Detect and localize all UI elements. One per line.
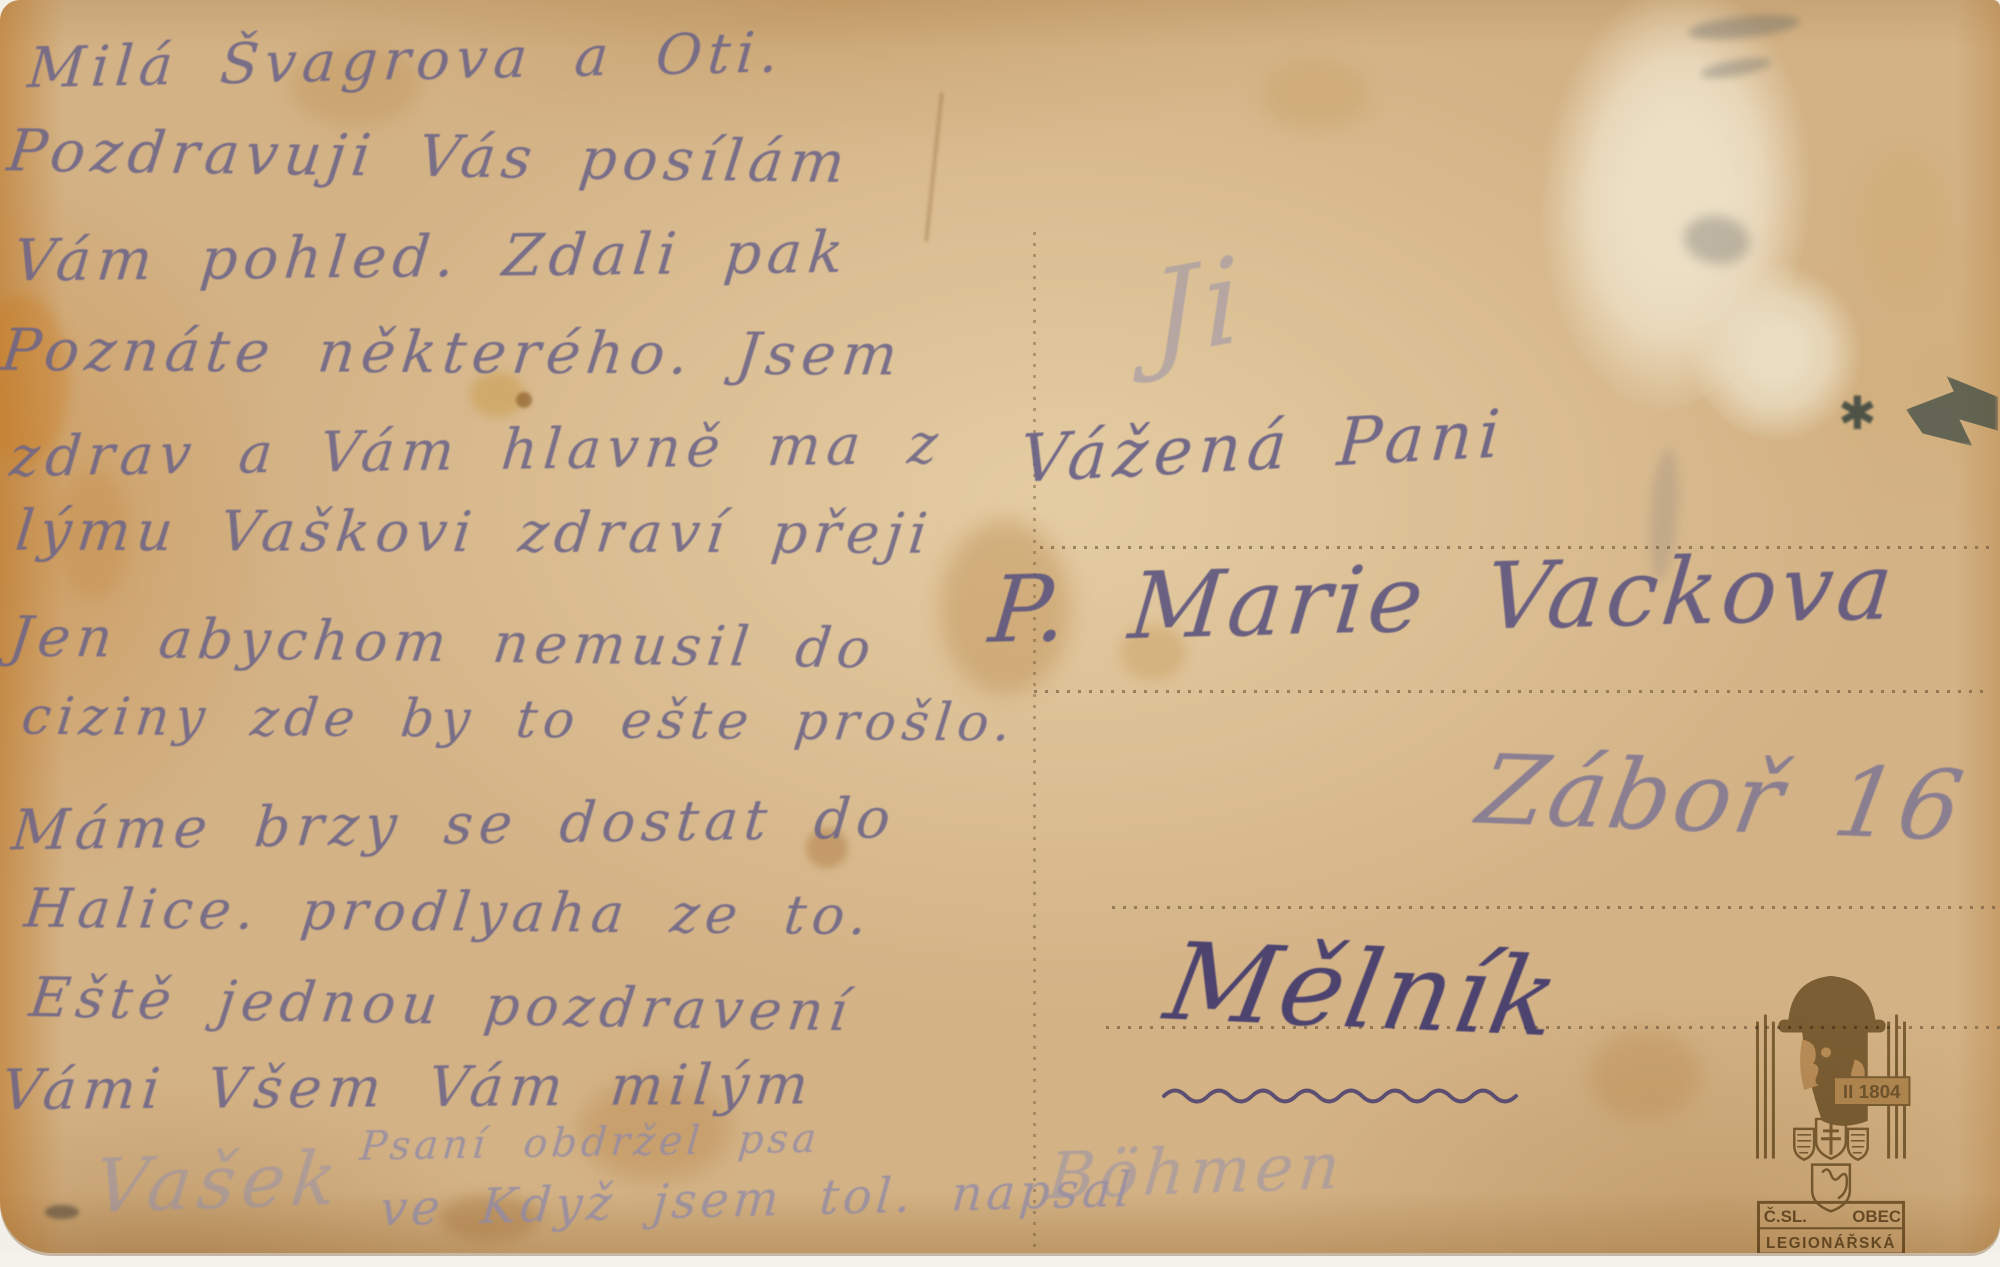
message-line-8: ciziny zde by to ešte prošlo. xyxy=(19,687,1020,754)
stamp-number: II 1804 xyxy=(1843,1081,1901,1102)
message-line-3: Vám pohled. Zdali pak xyxy=(11,218,853,295)
message-line-2: Pozdravuji Vás posílám xyxy=(4,116,855,196)
message-line-6: lýmu Vaškovi zdraví přeji xyxy=(12,498,936,566)
address-line-3 xyxy=(1112,906,2000,909)
address-line-2 xyxy=(1034,690,1990,693)
paper-stain xyxy=(1260,60,1370,130)
paper-stain xyxy=(516,392,532,408)
message-line-12: Vámi Všem Vám milým xyxy=(0,1052,817,1123)
shield-lion xyxy=(1822,1170,1847,1199)
postcard-scan: ✱ Milá Švagrova a Oti. Pozdravuji Vás po… xyxy=(0,0,2000,1267)
message-line-10: Halice. prodlyaha ze to. xyxy=(21,876,876,946)
address-country: Böhmen xyxy=(1045,1130,1348,1215)
scanner-background xyxy=(0,1253,2000,1267)
address-salutation: Vážená Pani xyxy=(1018,395,1509,498)
message-line-11: Eště jednou pozdravení xyxy=(26,965,857,1043)
ink-smear-mark xyxy=(1906,376,1998,446)
legion-stamp: II 1804 Č.SL. xyxy=(1750,960,1912,1253)
address-street: Záboř 16 xyxy=(1470,734,1973,862)
stamp-org-line1: Č.SL. xyxy=(1764,1207,1807,1226)
pencil-smudge xyxy=(1681,212,1753,269)
message-line-1: Milá Švagrova a Oti. xyxy=(25,20,787,101)
stamp-org-line2: OBEC xyxy=(1852,1207,1901,1226)
peeled-paper-patch xyxy=(1679,253,1872,450)
stamp-org-line3: LEGIONÁŘSKÁ xyxy=(1766,1234,1896,1252)
message-postscript-1: Psaní obdržel psa xyxy=(358,1116,822,1170)
message-line-7: Jen abychom nemusil do xyxy=(6,604,880,680)
message-line-9: Máme brzy se dostat do xyxy=(9,786,899,863)
address-scribble: Ji xyxy=(1148,229,1248,385)
postcard-divider-line xyxy=(1033,232,1036,1253)
paper-stain xyxy=(1590,1030,1700,1120)
message-postscript-2: ve Když jsem tol. napsal xyxy=(378,1162,1137,1238)
peeled-paper-patch xyxy=(1529,0,1823,421)
pencil-smudge xyxy=(1687,10,1801,44)
shield-cross xyxy=(1821,1123,1841,1155)
pencil-smudge xyxy=(1699,54,1773,82)
address-town: Mělník xyxy=(1157,920,1570,1061)
paper-crease xyxy=(924,92,944,242)
message-line-4: Poznáte některého. Jsem xyxy=(0,316,907,389)
message-line-5: zdrav a Vám hlavně ma z xyxy=(7,411,946,489)
star-ink-mark: ✱ xyxy=(1838,386,1877,440)
paper-stain xyxy=(45,1205,79,1219)
town-underline xyxy=(1158,1076,1538,1110)
paper-stain xyxy=(1860,150,1950,290)
address-name: P. Marie Vackova xyxy=(985,533,1901,664)
postcard-back: ✱ Milá Švagrova a Oti. Pozdravuji Vás po… xyxy=(0,0,2000,1253)
signature: Vašek xyxy=(91,1135,347,1230)
